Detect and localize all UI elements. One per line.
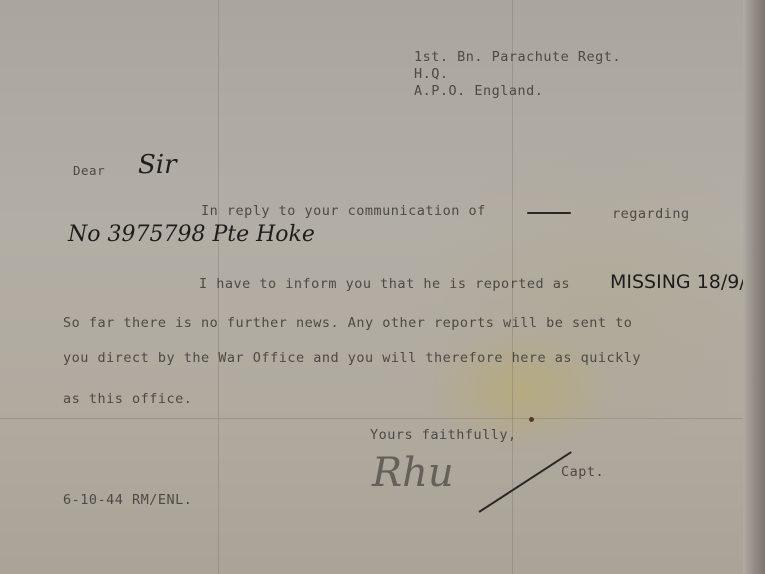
footer-reference: 6-10-44 RM/ENL. [63,492,192,508]
reply-line: In reply to your communication of [201,203,486,219]
valediction: Yours faithfully, [370,427,517,443]
paper-edge-shadow [743,0,765,574]
letterhead-address: A.P.O. England. [414,83,543,99]
salutation-handwritten: Sir [138,150,177,180]
regarding-word: regarding [612,206,690,222]
signature-scrawl: Rhu [372,450,454,496]
blank-dash [527,212,571,214]
signature-stroke [478,451,571,513]
letterhead-unit: 1st. Bn. Parachute Regt. [414,49,621,65]
letter-paper: 1st. Bn. Parachute Regt. H.Q. A.P.O. Eng… [0,0,745,574]
rank-capt: Capt. [561,464,604,480]
body-line-4: you direct by the War Office and you wil… [63,350,641,366]
fold-crease-horizontal [0,418,745,419]
body-line-5: as this office. [63,391,192,407]
salutation-dear: Dear [73,163,105,178]
inform-line: I have to inform you that he is reported… [199,276,570,292]
soldier-reference-handwritten: No 3975798 Pte Hoke [68,222,315,247]
letterhead-hq: H.Q. [414,66,449,82]
missing-status-handwritten: MISSING 18/9/44 [610,271,765,293]
rust-spot [529,417,534,422]
body-line-3: So far there is no further news. Any oth… [63,315,632,331]
